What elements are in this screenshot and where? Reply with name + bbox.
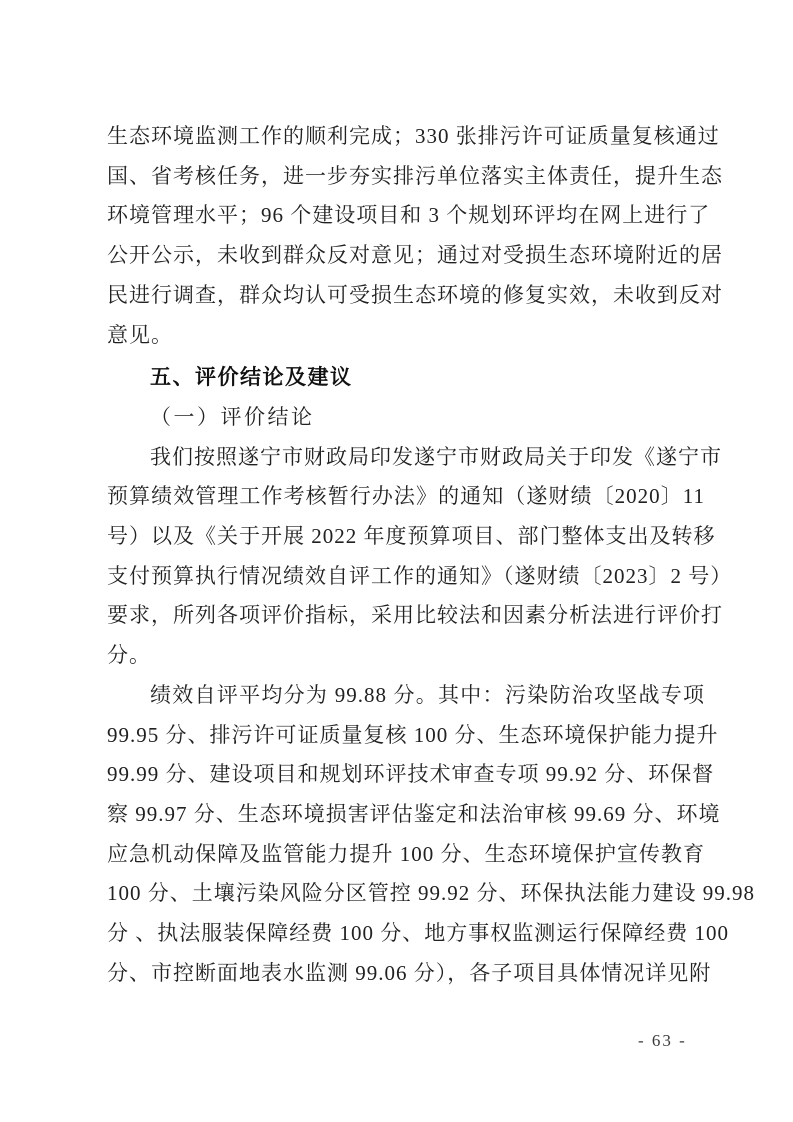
text-line: 号）以及《关于开展 2022 年度预算项目、部门整体支出及转移	[107, 517, 705, 557]
text-line: 我们按照遂宁市财政局印发遂宁市财政局关于印发《遂宁市	[107, 438, 705, 478]
text-line: 应急机动保障及监管能力提升 100 分、生态环境保护宣传教育	[107, 835, 705, 875]
text-line: 察 99.97 分、生态环境损害评估鉴定和法治审核 99.69 分、环境	[107, 795, 705, 835]
page-body-text: 生态环境监测工作的顺利完成；330 张排污许可证质量复核通过 国、省考核任务，进…	[107, 117, 705, 993]
paragraph-intro: 生态环境监测工作的顺利完成；330 张排污许可证质量复核通过 国、省考核任务，进…	[107, 117, 705, 355]
text-line: 生态环境监测工作的顺利完成；330 张排污许可证质量复核通过	[107, 117, 705, 157]
text-line: 绩效自评平均分为 99.88 分。其中：污染防治攻坚战专项	[107, 676, 705, 716]
section-heading: 五、评价结论及建议	[107, 358, 705, 398]
text-line: 民进行调查，群众均认可受损生态环境的修复实效，未收到反对	[107, 276, 705, 316]
text-line: 意见。	[107, 316, 705, 356]
text-line: 99.95 分、排污许可证质量复核 100 分、生态环境保护能力提升	[107, 716, 705, 756]
text-line: 环境管理水平；96 个建设项目和 3 个规划环评均在网上进行了	[107, 196, 705, 236]
text-line: 分。	[107, 636, 705, 676]
subsection-heading: （一）评价结论	[107, 398, 705, 438]
text-line: 99.99 分、建设项目和规划环评技术审查专项 99.92 分、环保督	[107, 755, 705, 795]
text-line: 要求，所列各项评价指标，采用比较法和因素分析法进行评价打	[107, 596, 705, 636]
document-page: 生态环境监测工作的顺利完成；330 张排污许可证质量复核通过 国、省考核任务，进…	[0, 0, 793, 1122]
text-line: 预算绩效管理工作考核暂行办法》的通知（遂财绩〔2020〕11	[107, 477, 705, 517]
text-line: 公开公示，未收到群众反对意见；通过对受损生态环境附近的居	[107, 236, 705, 276]
text-line: 国、省考核任务，进一步夯实排污单位落实主体责任，提升生态	[107, 157, 705, 197]
page-number: - 63 -	[638, 1031, 687, 1051]
paragraph-evaluation-basis: 我们按照遂宁市财政局印发遂宁市财政局关于印发《遂宁市 预算绩效管理工作考核暂行办…	[107, 438, 705, 676]
text-line: 分、市控断面地表水监测 99.06 分），各子项目具体情况详见附	[107, 954, 705, 994]
text-line: 支付预算执行情况绩效自评工作的通知》（遂财绩〔2023〕2 号）	[107, 557, 705, 597]
text-line: 分 、执法服装保障经费 100 分、地方事权监测运行保障经费 100	[107, 914, 705, 954]
text-line: 100 分、土壤污染风险分区管控 99.92 分、环保执法能力建设 99.98	[107, 874, 705, 914]
paragraph-self-evaluation-scores: 绩效自评平均分为 99.88 分。其中：污染防治攻坚战专项 99.95 分、排污…	[107, 676, 705, 994]
